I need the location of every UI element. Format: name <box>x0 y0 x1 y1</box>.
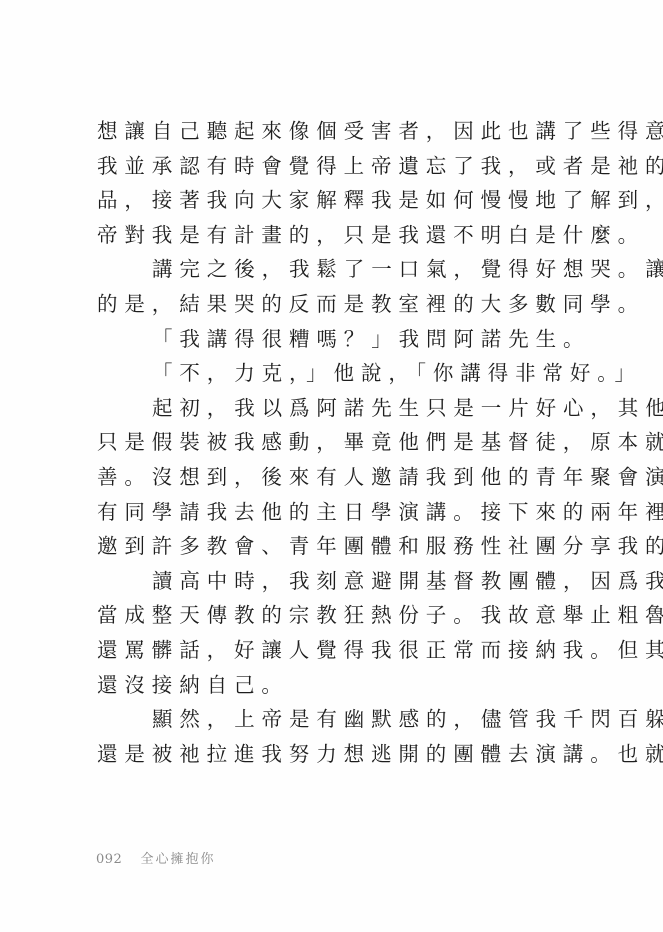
text-line: 我並承認有時會覺得上帝遺忘了我，或者是祂的失敗 <box>97 149 543 184</box>
text-line-indented: 講完之後，我鬆了一口氣，覺得好想哭。讓我訝異 <box>97 252 543 287</box>
text-line-indented: 「不，力克，」他說，「你講得非常好。」 <box>97 356 543 391</box>
text-line: 善。沒想到，後來有人邀請我到他的青年聚會演講，還 <box>97 460 543 495</box>
book-page: 想讓自己聽起來像個受害者，因此也講了些得意的事。 我並承認有時會覺得上帝遺忘了我… <box>0 0 663 932</box>
text-line-indented: 顯然，上帝是有幽默感的，儘管我千閃百躲，最後 <box>97 702 543 737</box>
text-line: 邀到許多教會、青年團體和服務性社團分享我的故事。 <box>97 529 543 564</box>
text-line-indented: 讀高中時，我刻意避開基督教團體，因爲我不想被 <box>97 564 543 599</box>
text-line: 帝對我是有計畫的，只是我還不明白是什麼。 <box>97 218 543 253</box>
text-line: 還是被祂拉進我努力想逃開的團體去演講。也就是在那 <box>97 737 543 772</box>
text-line: 還罵髒話，好讓人覺得我很正常而接納我。但其實是我 <box>97 633 543 668</box>
text-line-indented: 起初，我以爲阿諾先生只是一片好心，其他同學 <box>97 391 543 426</box>
page-footer: 092 全心擁抱你 <box>96 848 215 867</box>
running-title: 全心擁抱你 <box>140 848 215 867</box>
text-line-indented: 「我講得很糟嗎？」我問阿諾先生。 <box>97 322 543 357</box>
text-line: 品，接著我向大家解釋我是如何慢慢地了解到，或許上 <box>97 183 543 218</box>
body-text: 想讓自己聽起來像個受害者，因此也講了些得意的事。 我並承認有時會覺得上帝遺忘了我… <box>97 114 543 771</box>
text-line: 還沒接納自己。 <box>97 668 543 703</box>
page-number: 092 <box>96 852 122 867</box>
text-line: 當成整天傳教的宗教狂熱份子。我故意舉止粗魯，有時 <box>97 598 543 633</box>
text-line: 想讓自己聽起來像個受害者，因此也講了些得意的事。 <box>97 114 543 149</box>
text-line: 有同學請我去他的主日學演講。接下來的兩年裡，我應 <box>97 495 543 530</box>
text-line: 只是假裝被我感動，畢竟他們是基督徒，原本就待人和 <box>97 425 543 460</box>
text-line: 的是，結果哭的反而是教室裡的大多數同學。 <box>97 287 543 322</box>
